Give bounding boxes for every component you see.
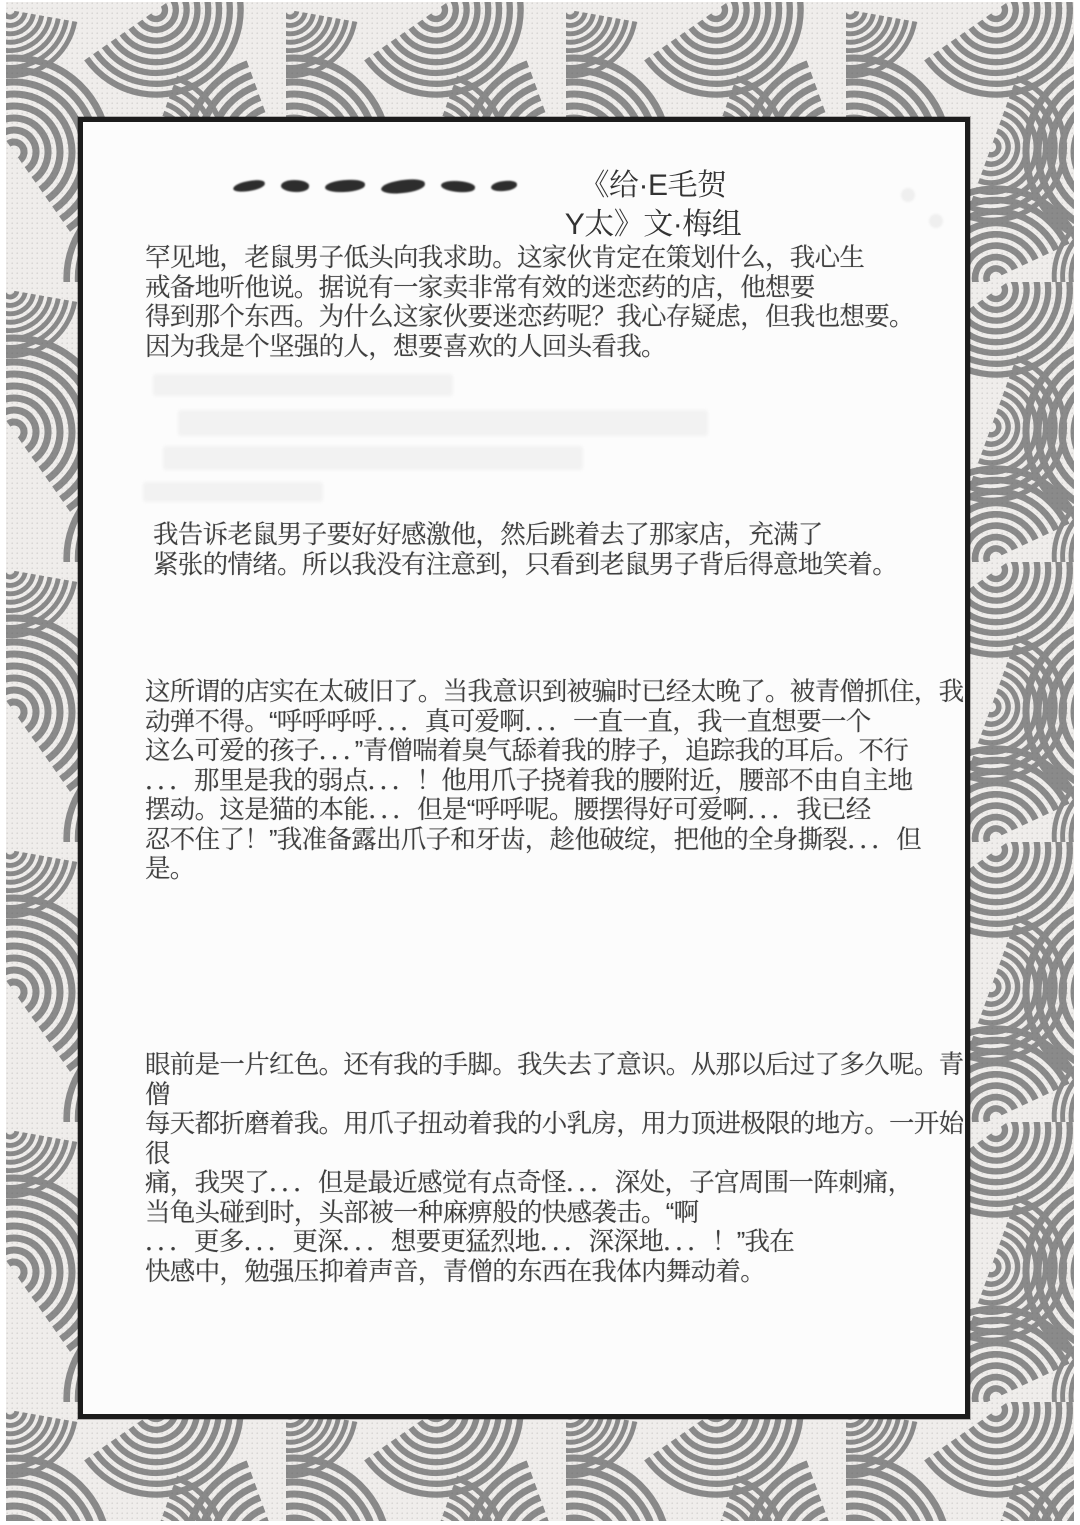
page-title: 《给·E毛贺 Y太》文·梅组 [503, 166, 803, 244]
scan-smudge [929, 214, 943, 228]
paragraph-4: 眼前是一片红色。还有我的手脚。我失去了意识。从那以后过了多久呢。青僧 每天都折磨… [145, 1051, 965, 1287]
scribble-blob [281, 179, 310, 193]
paragraph-1: 罕见地，老鼠男子低头向我求助。这家伙肯定在策划什么，我心生 戒备地听他说。据说有… [145, 244, 914, 362]
faded-text-remnant [143, 482, 323, 502]
paragraph-3: 这所谓的店实在太破旧了。当我意识到被骗时已经太晚了。被青僧抓住，我 动弹不得。“… [145, 678, 963, 885]
faded-text-remnant [153, 374, 453, 396]
page-card: 《给·E毛贺 Y太》文·梅组 罕见地，老鼠男子低头向我求助。这家伙肯定在策划什么… [78, 117, 970, 1419]
paragraph-2: 我告诉老鼠男子要好好感激他，然后跳着去了那家店，充满了 紧张的情绪。所以我没有注… [153, 521, 897, 580]
scribble-blob [381, 178, 426, 195]
faded-text-remnant [178, 410, 708, 436]
scribble-blob [325, 179, 365, 192]
title-line-2: Y太》文·梅组 [565, 208, 742, 241]
scribble-blob [232, 179, 265, 193]
scanned-doujin-text-page: { "document": { "title": { "line1": "《给·… [0, 0, 1080, 1525]
faded-text-remnant [163, 446, 583, 470]
scan-smudge [901, 188, 915, 202]
scribble-blob [440, 178, 475, 193]
page-card-inner: 《给·E毛贺 Y太》文·梅组 罕见地，老鼠男子低头向我求助。这家伙肯定在策划什么… [83, 122, 965, 1414]
title-line-1: 《给·E毛贺 [580, 169, 727, 202]
